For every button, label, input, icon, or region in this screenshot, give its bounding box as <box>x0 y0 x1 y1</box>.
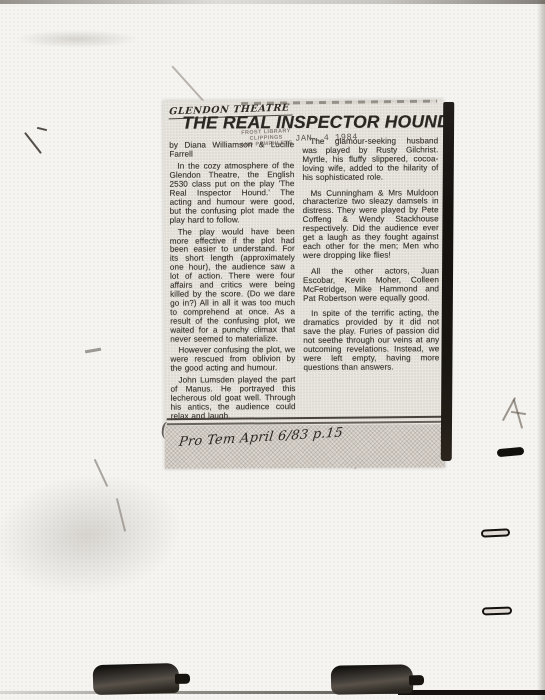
article-paragraph: However confusing the plot, we were resc… <box>170 346 295 373</box>
binding-clip-artifact-right <box>331 664 413 694</box>
scanner-edge-shadow-bottom-right <box>398 690 545 695</box>
scratch-mark <box>171 66 206 104</box>
pen-arrow-mark <box>24 132 42 154</box>
article-headline: THE REAL INSPECTOR HOUND <box>182 111 450 133</box>
pen-arrow-mark <box>37 127 47 131</box>
photocopy-smudge <box>0 465 187 605</box>
article-paragraph: John Lumsden played the part of Manus. H… <box>170 376 295 418</box>
article-paragraph: The glamour-seeking husband was played b… <box>302 137 438 182</box>
article-column-left: by Diana Williamson & Lucille Farrell In… <box>169 141 295 419</box>
photocopy-mark <box>497 447 525 457</box>
article-paragraph: In the cozy atmosphere of the Glendon Th… <box>169 162 294 225</box>
photocopy-mark <box>481 528 510 538</box>
photocopy-page: GLENDON THEATRE THE REAL INSPECTOR HOUND… <box>0 0 545 700</box>
scratch-mark <box>85 348 101 353</box>
clipping-right-edge-artifact <box>441 102 455 461</box>
article-column-right: The glamour-seeking husband was played b… <box>302 137 439 417</box>
photocopy-mark <box>482 606 512 615</box>
article-byline: by Diana Williamson & Lucille Farrell <box>169 141 294 159</box>
photocopy-smudge <box>15 30 140 48</box>
handwritten-citation: Pro Tem April 6/83 p.15 <box>178 425 344 450</box>
clipping-bottom-strip: Pro Tem April 6/83 p.15 <box>165 424 445 468</box>
article-paragraph: The play would have been more effective … <box>170 228 296 344</box>
ink-flourish-mark <box>161 421 173 439</box>
binding-clip-artifact-left <box>93 663 180 695</box>
article-paragraph: In spite of the terrific acting, the dra… <box>303 310 439 373</box>
article-paragraph: Ms Cunningham & Mrs Muldoon characterize… <box>303 189 439 261</box>
article-paragraph: All the other actors, Juan Escobar, Kevi… <box>303 267 439 303</box>
scanner-edge-shadow-top <box>0 0 545 4</box>
newspaper-clipping: GLENDON THEATRE THE REAL INSPECTOR HOUND… <box>163 99 445 468</box>
scanner-edge-shadow-right <box>537 0 545 700</box>
